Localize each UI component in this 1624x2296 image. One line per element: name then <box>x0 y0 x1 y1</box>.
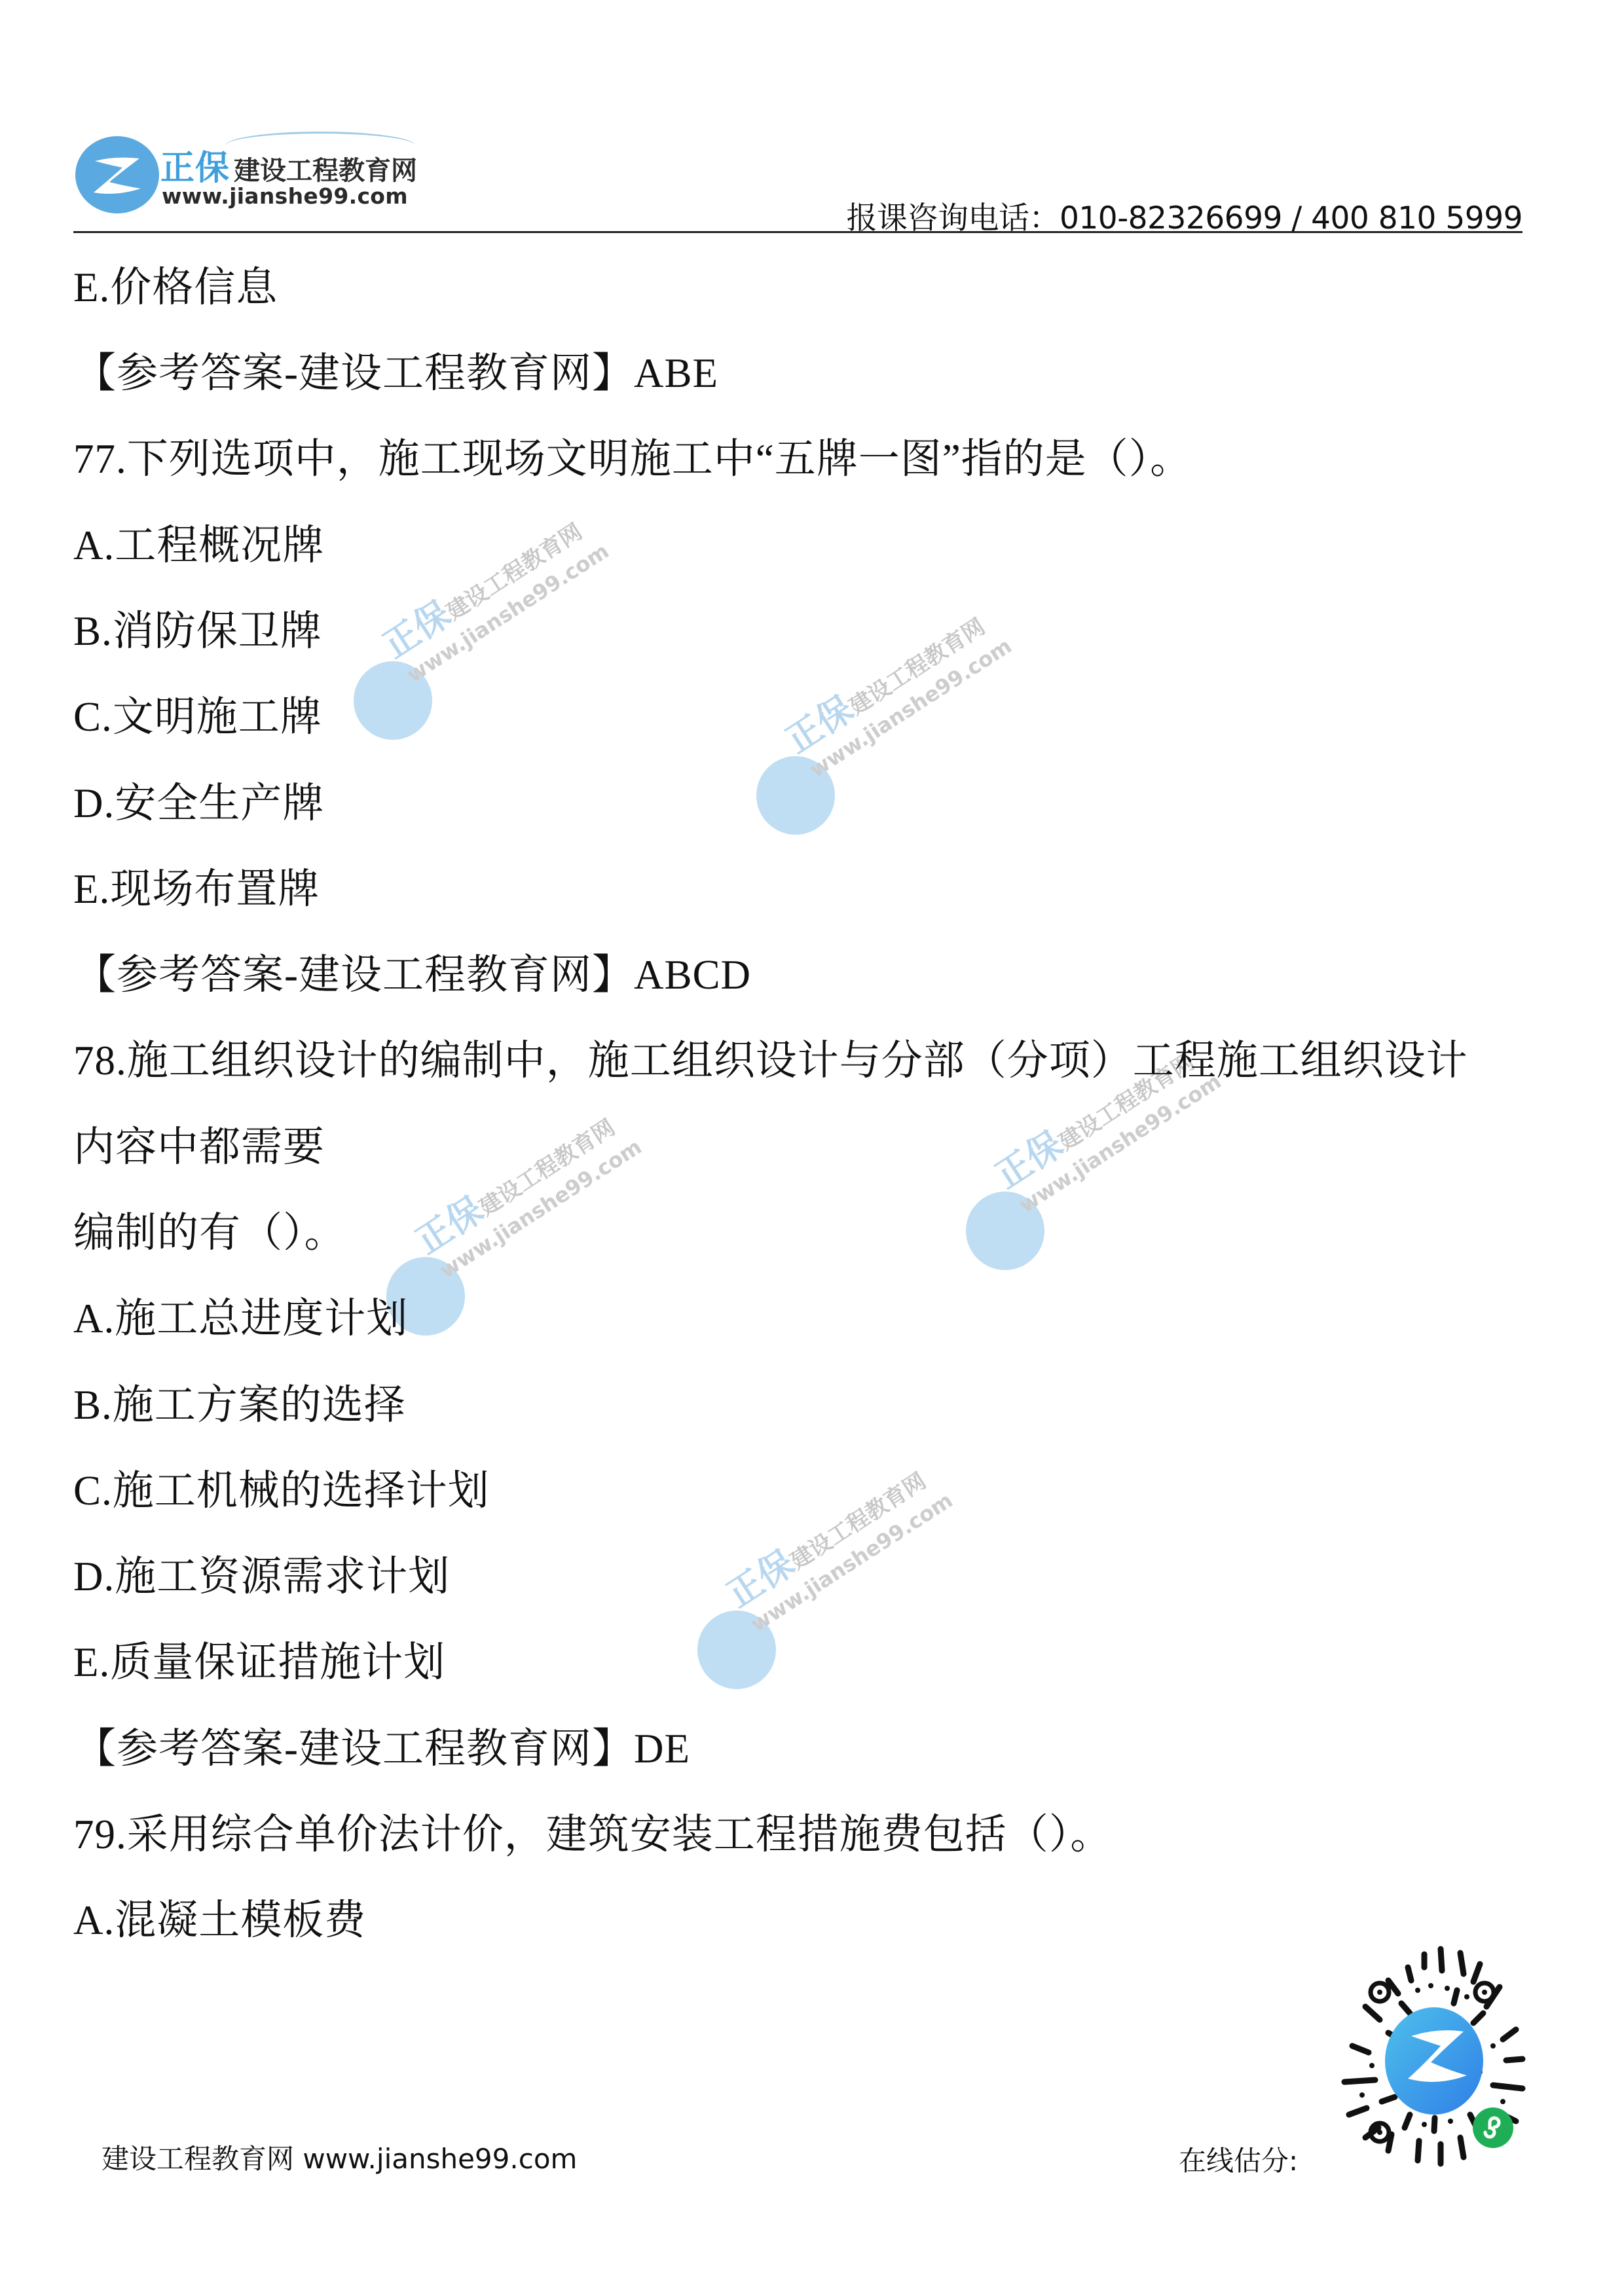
option-b-q77: B.消防保卫牌 <box>73 611 322 652</box>
watermark-brand-blue: 正保 <box>409 1189 490 1262</box>
watermark-brand-blue: 正保 <box>779 688 860 761</box>
document-page: 正保建设工程教育网 www.jianshe99.com 报课咨询电话：010-8… <box>0 0 1624 2296</box>
option-e-q76: E.价格信息 <box>73 267 278 308</box>
option-e-q78: E.质量保证措施计划 <box>73 1642 445 1683</box>
watermark: 正保建设工程教育网 www.jianshe99.com <box>756 599 1097 835</box>
logo-url: www.jianshe99.com <box>162 183 408 209</box>
watermark-url: www.jianshe99.com <box>402 538 613 687</box>
option-b-q78: B.施工方案的选择 <box>73 1385 406 1426</box>
watermark-brand-blue: 正保 <box>988 1123 1070 1197</box>
watermark-url: www.jianshe99.com <box>435 1134 646 1283</box>
watermark-brand-blue: 正保 <box>376 593 458 666</box>
option-c-q78: C.施工机械的选择计划 <box>73 1470 490 1512</box>
question-78-line3: 编制的有（）。 <box>73 1212 346 1254</box>
question-77: 77.下列选项中，施工现场文明施工中“五牌一图”指的是（）。 <box>73 439 1192 480</box>
option-a-q79: A.混凝土模板费 <box>73 1900 366 1941</box>
option-e-q77: E.现场布置牌 <box>73 869 320 910</box>
watermark-brand-blue: 正保 <box>720 1542 802 1616</box>
option-a-q78: A.施工总进度计划 <box>73 1298 408 1339</box>
watermark-logo-icon <box>354 661 432 740</box>
watermark: 正保建设工程教育网 www.jianshe99.com <box>354 504 694 740</box>
answer-q77: 【参考答案-建设工程教育网】ABCD <box>75 955 751 996</box>
logo-brand-blue: 正保 <box>160 149 230 188</box>
watermark-brand-name: 建设工程教育网 <box>845 613 989 720</box>
question-78-line1: 78.施工组织设计的编制中，施工组织设计与分部（分项）工程施工组织设计 <box>73 1040 1468 1082</box>
logo-brand-text: 正保建设工程教育网 <box>160 140 417 189</box>
watermark-logo-icon <box>697 1611 776 1689</box>
watermark-logo-icon <box>966 1192 1044 1270</box>
watermark-url: www.jianshe99.com <box>1014 1068 1225 1218</box>
footer-site: 建设工程教育网 www.jianshe99.com <box>101 2138 577 2177</box>
logo-brand-name: 建设工程教育网 <box>234 156 417 186</box>
watermark-brand-name: 建设工程教育网 <box>786 1468 931 1575</box>
online-score-label: 在线估分: <box>1179 2140 1298 2179</box>
question-79: 79.采用综合单价法计价，建筑安装工程措施费包括（）。 <box>73 1814 1112 1855</box>
option-c-q77: C.文明施工牌 <box>73 697 322 738</box>
option-a-q77: A.工程概况牌 <box>73 525 324 566</box>
watermark-url: www.jianshe99.com <box>805 633 1016 782</box>
option-d-q78: D.施工资源需求计划 <box>73 1556 450 1597</box>
question-78-line2: 内容中都需要 <box>73 1127 325 1168</box>
watermark-brand-name: 建设工程教育网 <box>475 1114 619 1221</box>
answer-q76: 【参考答案-建设工程教育网】ABE <box>75 353 718 394</box>
watermark: 正保建设工程教育网 www.jianshe99.com <box>697 1453 1038 1689</box>
watermark-brand-name: 建设工程教育网 <box>442 519 587 625</box>
watermark-logo-icon <box>756 756 835 835</box>
mini-program-qr-code-icon[interactable] <box>1326 1941 1542 2170</box>
watermark-url: www.jianshe99.com <box>746 1487 957 1637</box>
header-logo: 正保建设工程教育网 www.jianshe99.com <box>73 131 414 216</box>
header-divider <box>73 231 1522 233</box>
option-d-q77: D.安全生产牌 <box>73 783 324 824</box>
answer-q78: 【参考答案-建设工程教育网】DE <box>75 1728 690 1770</box>
watermark: 正保建设工程教育网 www.jianshe99.com <box>386 1100 727 1336</box>
logo-z-icon <box>75 136 159 213</box>
